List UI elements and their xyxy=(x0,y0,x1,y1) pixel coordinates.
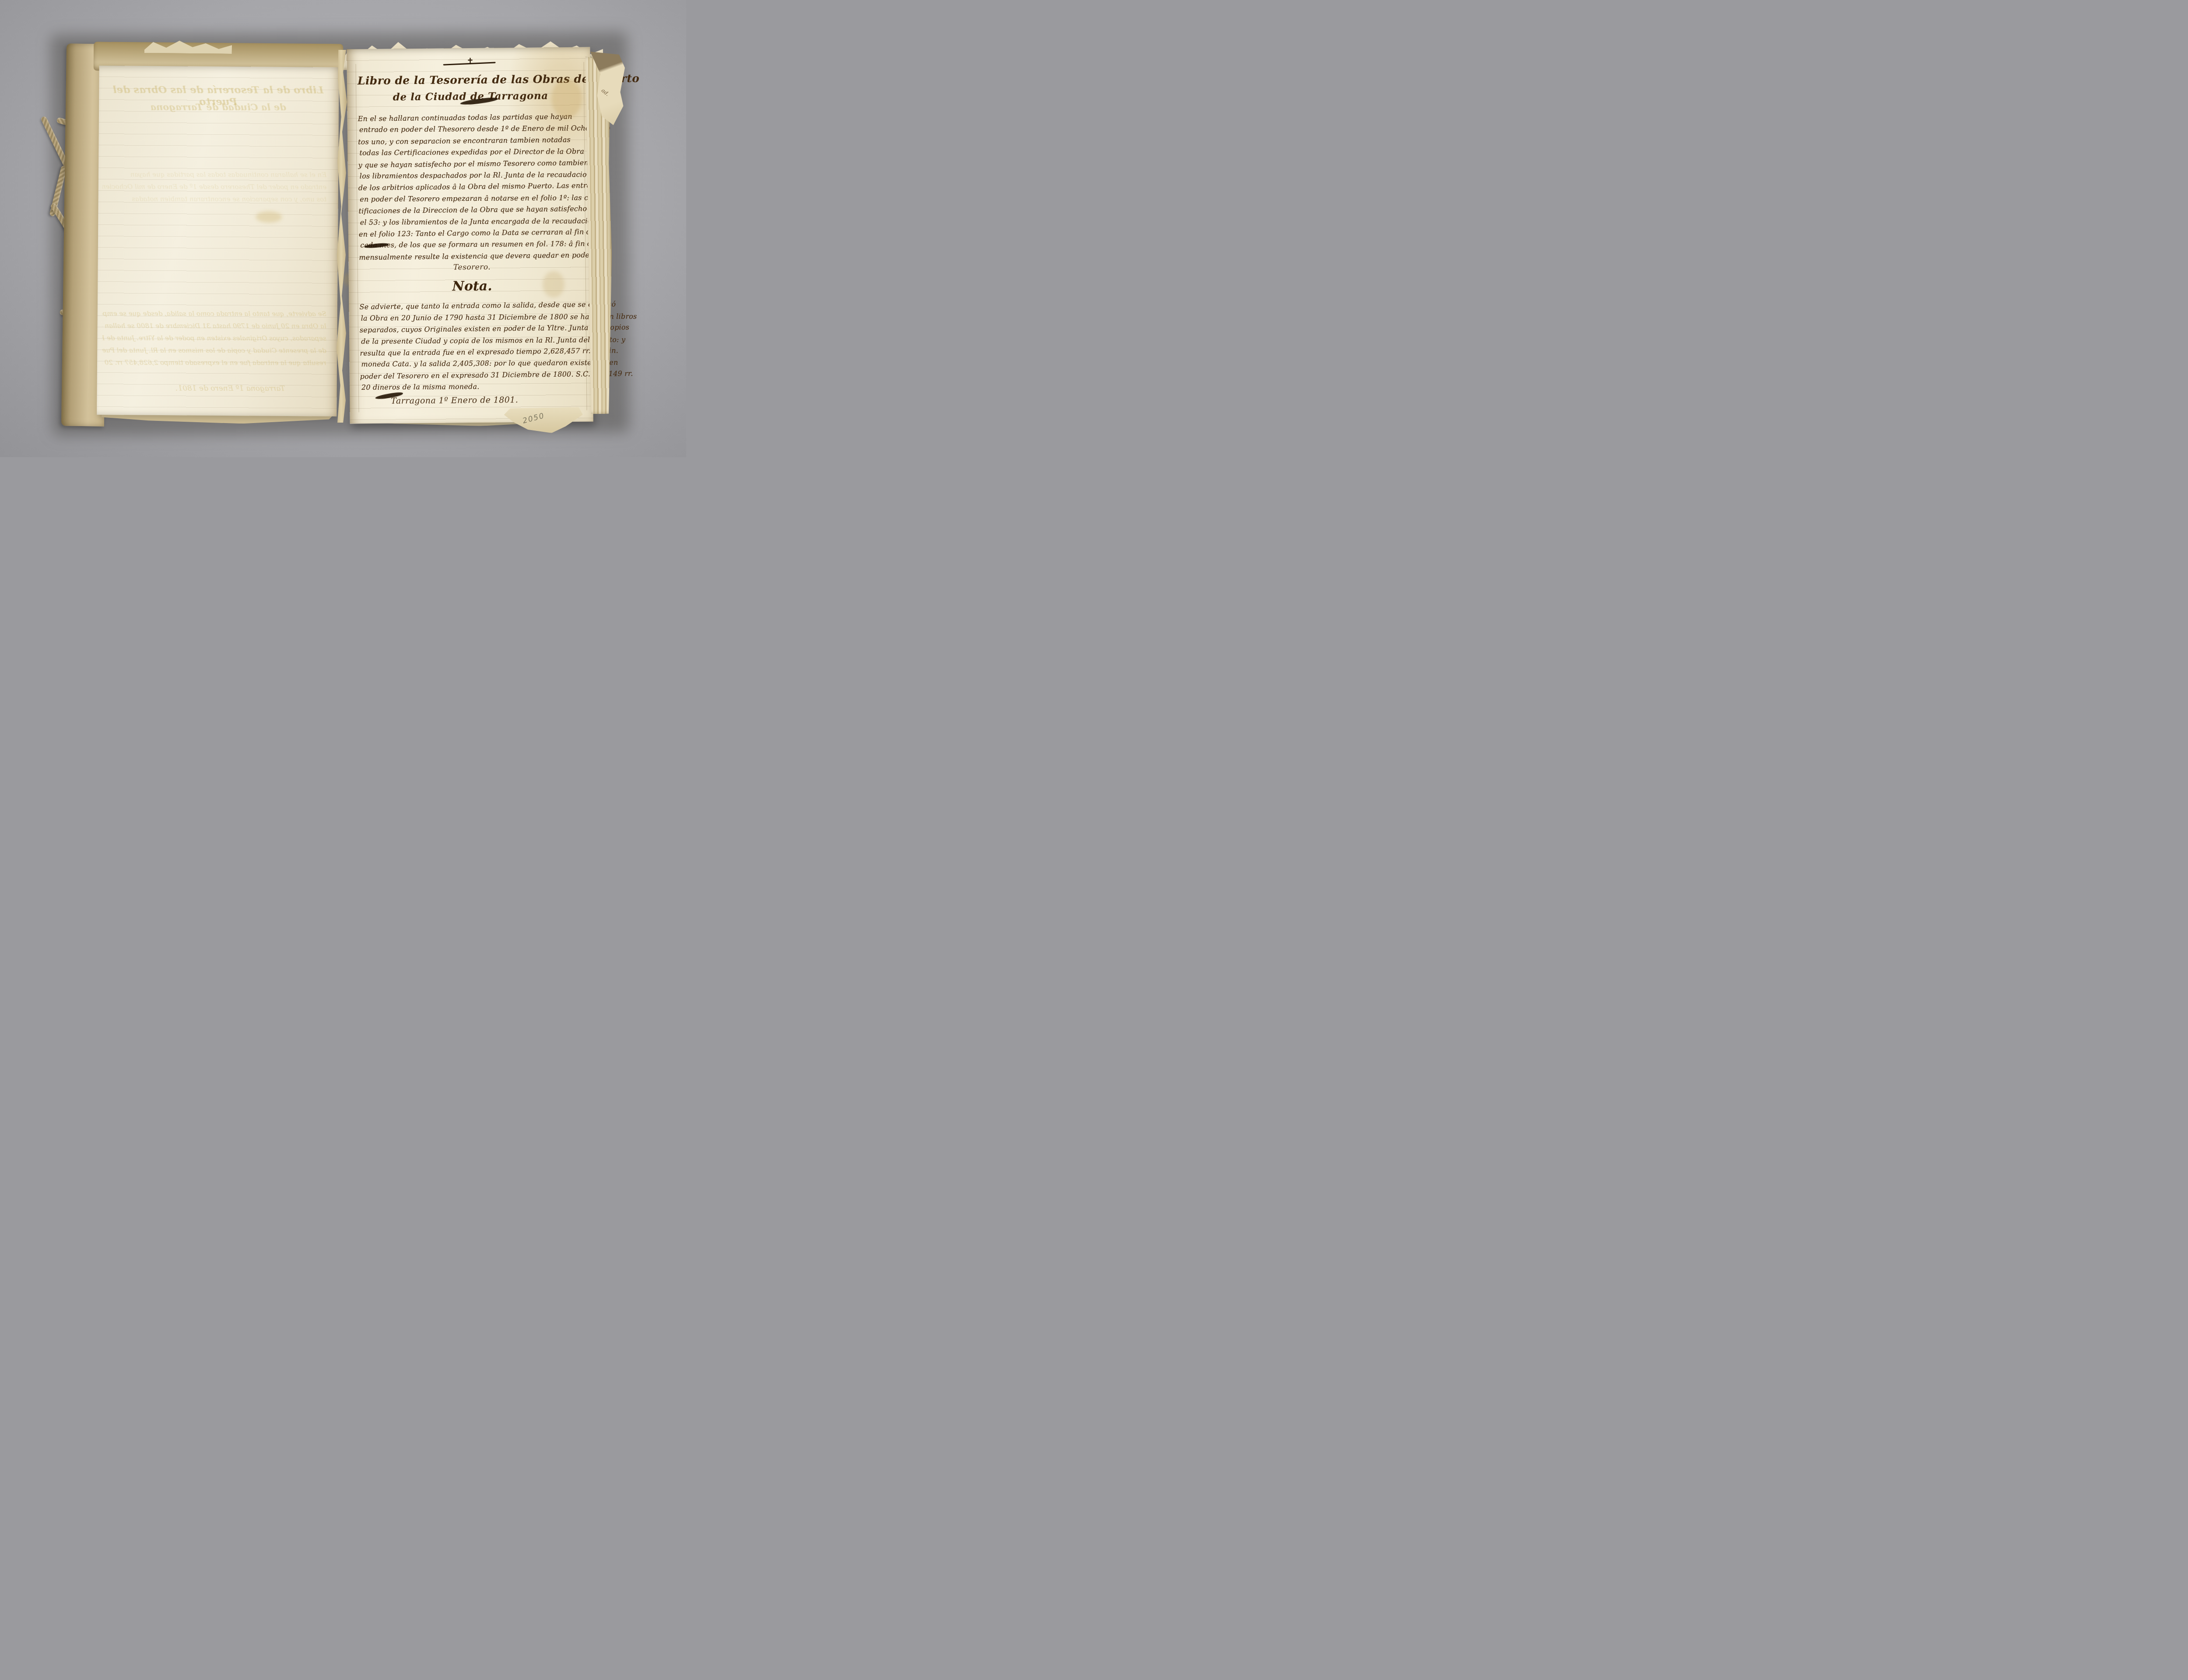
intro-paragraph: En el se hallaran continuadas todas las … xyxy=(358,111,585,263)
ghost-text-line: resulta que la entrada fue en el expresa… xyxy=(102,359,326,367)
paper-stain xyxy=(256,211,282,223)
nota-paragraph: Se advierte, que tanto la entrada como l… xyxy=(359,299,586,394)
photo-backdrop: Libro de la Tesorería de las Obras del P… xyxy=(0,0,686,457)
ghost-text-line: tos uno, y con separacion se encontraran… xyxy=(102,195,326,203)
paper-stain xyxy=(543,271,565,297)
manuscript-line: tificaciones de la Direccion de la Obra … xyxy=(358,203,584,217)
page-title-line-1: Libro de la Tesorería de las Obras del P… xyxy=(358,73,583,87)
pencil-inventory-number: 2050 xyxy=(522,411,546,426)
paper-stain xyxy=(551,79,582,118)
manuscript-line: Se advierte, que tanto la entrada como l… xyxy=(359,299,585,313)
invocation-cross-mark: ✝ xyxy=(357,55,583,72)
manuscript-line: separados, cuyos Originales existen en p… xyxy=(360,322,586,336)
dateline: Tarragona 1º Enero de 1801. xyxy=(391,394,586,406)
bleed-through-text: Libro de la Tesorería de las Obras del P… xyxy=(98,66,338,416)
manuscript-line: 20 dineros de la misma moneda. xyxy=(361,380,586,393)
manuscript-line: todas las Certificaciones expedidas por … xyxy=(359,146,584,159)
ghost-text-line: de la presente Ciudad y copia de los mis… xyxy=(102,346,326,355)
manuscript-line: mensualmente resulte la existencia que d… xyxy=(359,249,585,263)
ghost-dateline: Tarragona 1º Enero de 1801. xyxy=(175,384,285,393)
edge-ink-fragment: ad. xyxy=(600,87,610,98)
ghost-text-line: Se advierte, que tanto la entrada como l… xyxy=(102,310,326,318)
ghost-text-line: En el se hallaran continuadas todas las … xyxy=(102,171,326,179)
manuscript-text-block: ✝ Libro de la Tesorería de las Obras del… xyxy=(357,55,586,406)
ghost-text-line: separados, cuyos Originales existen en p… xyxy=(102,334,326,343)
ghost-title-line: de la Ciudad de Tarragona xyxy=(98,101,338,113)
ghost-text-line: entrado en poder del Thesorero desde 1º … xyxy=(102,183,326,191)
manuscript-line: moneda Cata. y la salida 2,405,308: por … xyxy=(361,357,586,370)
cross-glyph: ✝ xyxy=(466,56,474,66)
blank-verso-page: Libro de la Tesorería de las Obras del P… xyxy=(97,66,339,416)
ghost-text-line: la Obra en 20 Junio de 1790 hasta 31 Dic… xyxy=(102,322,326,330)
